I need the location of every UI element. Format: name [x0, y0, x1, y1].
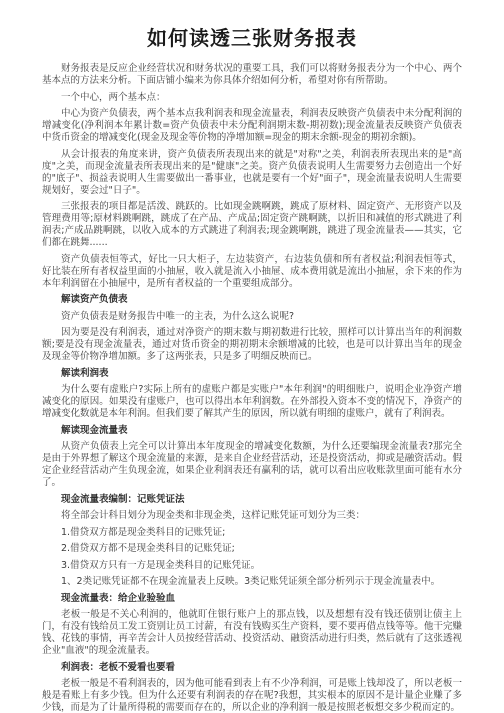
paragraph: 为什么要有虚账户?实际上所有的虚账户都是实账户"本年利润"的明细账户，说明企业净…: [42, 384, 462, 420]
paragraph: 财务报表是反应企业经营状况和财务状况的重要工具，我们可以将财务报表分为一个中心、…: [42, 63, 462, 87]
paragraph: 1、2类记账凭证都不在现金流量表上反映。3类记账凭证须全部分析列示于现金流量表中…: [42, 576, 462, 588]
section-heading: 解读现金流量表: [42, 425, 462, 437]
document-page: 如何读透三张财务报表 财务报表是反应企业经营状况和财务状况的重要工具，我们可以将…: [0, 0, 504, 713]
paragraph: 将全部会计科目划分为现金类和非现金类，这样记账凭证可划分为三类：: [42, 510, 462, 522]
paragraph: 3.借贷双方只有一方是现金类科目的记账凭证。: [42, 560, 462, 572]
paragraph: 资产负债表恒等式，好比一只大柜子，左边装资产，右边装负债和所有者权益;利润表恒等…: [42, 254, 462, 290]
paragraph: 因为要是没有利润表，通过对净资产的期末数与期初数进行比较，照样可以计算出当年的利…: [42, 327, 462, 363]
section-heading: 利润表：老板不爱看也要看: [42, 662, 462, 674]
paragraph: 从会计报表的角度来讲，资产负债表所表现出来的就是"对称"之美，利润表所表现出来的…: [42, 149, 462, 197]
paragraph: 2.借贷双方都不是现金类科目的记账凭证;: [42, 543, 462, 555]
paragraph: 从资产负债表上完全可以计算出本年度现金的增减变化数额，为什么还要编现金流量表?那…: [42, 441, 462, 489]
article-body: 财务报表是反应企业经营状况和财务状况的重要工具，我们可以将财务报表分为一个中心、…: [42, 63, 462, 713]
section-heading: 现金流量表：给企业验验血: [42, 593, 462, 605]
paragraph: 中心为资产负债表，两个基本点我利润表和现金流量表，利润表反映资产负债表中未分配利…: [42, 108, 462, 144]
section-heading: 解读资产负债表: [42, 294, 462, 306]
paragraph: 老板一般是不关心利润的，他就盯住银行账户上的那点钱，以及想想有没有钱还债别让债主…: [42, 609, 462, 657]
section-heading: 现金流量表编制：记账凭证法: [42, 494, 462, 506]
page-title: 如何读透三张财务报表: [42, 25, 462, 51]
section-heading: 解读利润表: [42, 368, 462, 380]
paragraph: 一个中心，两个基本点：: [42, 92, 462, 104]
paragraph: 三张报表的项目都是活泼、跳跃的。比如现金跳啊跳，跳成了原材料、固定资产、无形资产…: [42, 201, 462, 249]
paragraph: 资产负债表是财务报告中唯一的主表，为什么这么说呢?: [42, 311, 462, 323]
article: 如何读透三张财务报表 财务报表是反应企业经营状况和财务状况的重要工具，我们可以将…: [0, 0, 504, 713]
paragraph: 老板一般是不看利润表的，因为他可能看到表上有不少净利润，可是账上钱却没了，所以老…: [42, 678, 462, 713]
paragraph: 1.借贷双方都是现金类科目的记账凭证;: [42, 527, 462, 539]
